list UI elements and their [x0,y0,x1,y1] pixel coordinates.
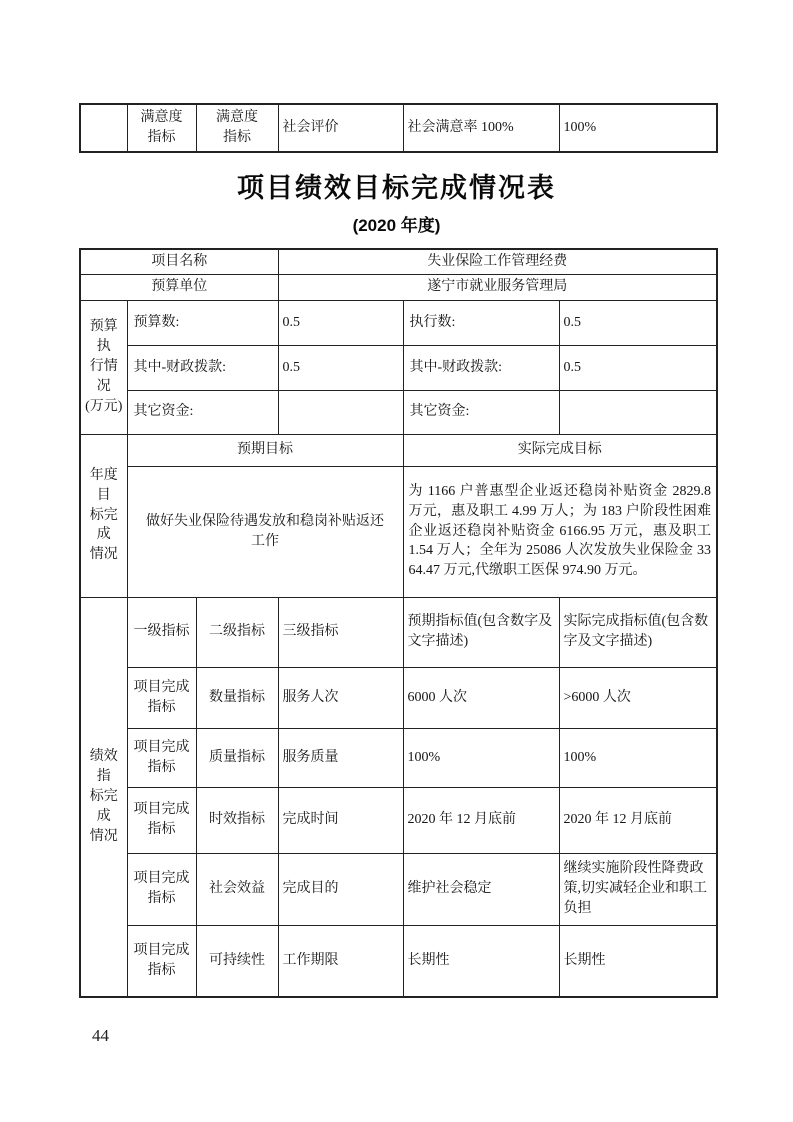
cell-level3: 工作期限 [278,925,403,997]
header-expected-value: 预期指标值(包含数字及文字描述) [403,597,559,667]
page-title: 项目绩效目标完成情况表 [0,166,793,205]
budget-row: 预算执 行情况 (万元) 预算数: 0.5 执行数: 0.5 [80,300,717,345]
indicator-row-sustainability: 项目完成 指标 可持续性 工作期限 长期性 长期性 [80,925,717,997]
cell-actual: 继续实施阶段性降费政策,切实减轻企业和职工负担 [559,853,717,925]
cell-expected: 6000 人次 [403,667,559,728]
cell-level3: 完成时间 [278,787,403,853]
cell-empty [80,104,127,152]
other-funds-label-2: 其它资金: [403,390,559,434]
previous-table-fragment: 满意度 指标 满意度 指标 社会评价 社会满意率 100% 100% [79,103,718,153]
cell-level2: 数量指标 [196,667,278,728]
execution-number-label: 执行数: [403,300,559,345]
other-funds-value-2 [559,390,717,434]
cell-level2-indicator: 满意度 指标 [196,104,278,152]
fiscal-allocation-label-2: 其中-财政拨款: [403,345,559,390]
performance-section-label: 绩效指 标完成 情况 [80,597,127,997]
cell-level2: 质量指标 [196,728,278,787]
actual-goal-header: 实际完成目标 [403,434,717,466]
cell-expected: 维护社会稳定 [403,853,559,925]
cell-level3: 完成目的 [278,853,403,925]
project-name-value: 失业保险工作管理经费 [278,249,717,274]
cell-level1: 项目完成 指标 [127,667,196,728]
indicator-row-quality: 项目完成 指标 质量指标 服务质量 100% 100% [80,728,717,787]
indicator-row-quantity: 项目完成 指标 数量指标 服务人次 6000 人次 >6000 人次 [80,667,717,728]
cell-level1: 项目完成 指标 [127,787,196,853]
project-name-row: 项目名称 失业保险工作管理经费 [80,249,717,274]
budget-unit-row: 预算单位 遂宁市就业服务管理局 [80,274,717,300]
annual-goal-section-label: 年度目 标完成 情况 [80,434,127,597]
header-level3: 三级指标 [278,597,403,667]
cell-level3-indicator: 社会评价 [278,104,403,152]
budget-unit-label: 预算单位 [80,274,278,300]
cell-level2: 社会效益 [196,853,278,925]
cell-expected: 长期性 [403,925,559,997]
actual-goal-text: 为 1166 户普惠型企业返还稳岗补贴资金 2829.8 万元，惠及职工 4.9… [403,466,717,597]
cell-level2: 时效指标 [196,787,278,853]
cell-level2: 可持续性 [196,925,278,997]
cell-actual: 长期性 [559,925,717,997]
goal-header-row: 年度目 标完成 情况 预期目标 实际完成目标 [80,434,717,466]
cell-level1-indicator: 满意度 指标 [127,104,196,152]
budget-number-label: 预算数: [127,300,278,345]
execution-number-value: 0.5 [559,300,717,345]
goal-content-row: 做好失业保险待遇发放和稳岗补贴返还 工作 为 1166 户普惠型企业返还稳岗补贴… [80,466,717,597]
budget-row: 其中-财政拨款: 0.5 其中-财政拨款: 0.5 [80,345,717,390]
budget-section-label: 预算执 行情况 (万元) [80,300,127,434]
header-level1: 一级指标 [127,597,196,667]
cell-actual-value: 100% [559,104,717,152]
indicator-header-row: 绩效指 标完成 情况 一级指标 二级指标 三级指标 预期指标值(包含数字及文字描… [80,597,717,667]
fiscal-allocation-value-2: 0.5 [559,345,717,390]
cell-expected: 2020 年 12 月底前 [403,787,559,853]
fiscal-allocation-label: 其中-财政拨款: [127,345,278,390]
cell-level1: 项目完成 指标 [127,925,196,997]
header-level2: 二级指标 [196,597,278,667]
fiscal-allocation-value: 0.5 [278,345,403,390]
other-funds-label: 其它资金: [127,390,278,434]
cell-actual: 100% [559,728,717,787]
page-subtitle: (2020 年度) [0,211,793,236]
expected-goal-header: 预期目标 [127,434,403,466]
expected-goal-text: 做好失业保险待遇发放和稳岗补贴返还 工作 [127,466,403,597]
budget-row: 其它资金: 其它资金: [80,390,717,434]
satisfaction-row: 满意度 指标 满意度 指标 社会评价 社会满意率 100% 100% [80,104,717,152]
cell-expected-value: 社会满意率 100% [403,104,559,152]
cell-level1: 项目完成 指标 [127,728,196,787]
other-funds-value [278,390,403,434]
budget-unit-value: 遂宁市就业服务管理局 [278,274,717,300]
cell-level3: 服务人次 [278,667,403,728]
cell-level1: 项目完成 指标 [127,853,196,925]
cell-actual: >6000 人次 [559,667,717,728]
cell-expected: 100% [403,728,559,787]
page-number: 44 [92,1026,109,1046]
budget-number-value: 0.5 [278,300,403,345]
cell-actual: 2020 年 12 月底前 [559,787,717,853]
document-page: 满意度 指标 满意度 指标 社会评价 社会满意率 100% 100% 项目绩效目… [0,0,793,1122]
performance-table: 项目名称 失业保险工作管理经费 预算单位 遂宁市就业服务管理局 预算执 行情况 … [79,248,718,998]
indicator-row-timeliness: 项目完成 指标 时效指标 完成时间 2020 年 12 月底前 2020 年 1… [80,787,717,853]
project-name-label: 项目名称 [80,249,278,274]
header-actual-value: 实际完成指标值(包含数字及文字描述) [559,597,717,667]
indicator-row-social-benefit: 项目完成 指标 社会效益 完成目的 维护社会稳定 继续实施阶段性降费政策,切实减… [80,853,717,925]
cell-level3: 服务质量 [278,728,403,787]
